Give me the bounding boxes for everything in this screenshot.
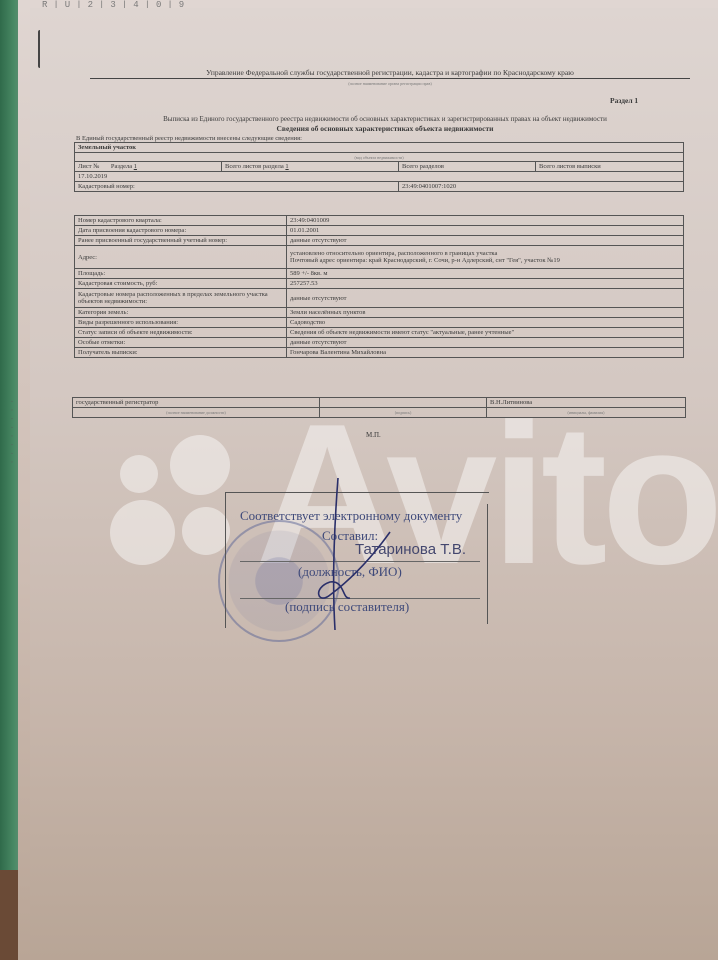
registrar-table: государственный регистратор В.Н.Литвинов…	[72, 397, 686, 418]
section-label: Раздел 1	[610, 96, 638, 105]
table-row: Категория земель:Земли населённых пункто…	[75, 308, 684, 318]
table-row: Особые отметки:данные отсутствуют	[75, 338, 684, 348]
binder-clip	[38, 30, 43, 68]
intro-text: В Единый государственный реестр недвижим…	[76, 135, 302, 142]
agency-caption: (полное наименование органа регистрации …	[90, 81, 690, 86]
seal-place: М.П.	[366, 431, 381, 439]
registrar-signature	[320, 398, 487, 408]
table-row: Ранее присвоенный государственный учетны…	[75, 236, 684, 246]
object-type: Земельный участок	[75, 143, 684, 153]
document-subtitle: Сведения об основных характеристиках объ…	[70, 124, 700, 133]
table-row: Получатель выписки:Гончарова Валентина М…	[75, 348, 684, 358]
sheet-section-cell: Лист № Раздела 1	[75, 162, 222, 172]
stamp-border	[487, 504, 488, 624]
object-type-caption: (вид объекта недвижимости)	[75, 153, 684, 162]
side-marks: · · · · · · · ·	[6, 400, 16, 820]
cadastral-number-label: Кадастровый номер:	[75, 182, 399, 192]
total-sheets-cell: Всего листов выписки	[536, 162, 684, 172]
registrar-name: В.Н.Литвинова	[487, 398, 686, 408]
handwritten-signature-icon	[290, 470, 470, 640]
cadastral-number: 23:49:0401007:1020	[399, 182, 684, 192]
object-header-table: Земельный участок (вид объекта недвижимо…	[74, 142, 684, 192]
table-row: Статус записи об объекте недвижимости:Св…	[75, 328, 684, 338]
extract-date: 17.10.2019	[75, 172, 684, 182]
table-row: Кадастровые номера расположенных в преде…	[75, 289, 684, 308]
table-row: Виды разрешенного использования:Садоводс…	[75, 318, 684, 328]
table-row: Адрес: установлено относительно ориентир…	[75, 246, 684, 269]
sheets-in-section-cell: Всего листов раздела 1	[222, 162, 399, 172]
document-title: Выписка из Единого государственного реес…	[70, 115, 700, 123]
registrar-position: государственный регистратор	[73, 398, 320, 408]
agency-name: Управление Федеральной службы государств…	[90, 68, 690, 79]
table-row: Дата присвоения кадастрового номера:01.0…	[75, 226, 684, 236]
table-row: Кадастровая стоимость, руб:257257.53	[75, 279, 684, 289]
table-row: Номер кадастрового квартала:23:49:040100…	[75, 216, 684, 226]
table-row: Площадь:589 +/- 8кв. м	[75, 269, 684, 279]
total-sections-cell: Всего разделов	[399, 162, 536, 172]
properties-table: Номер кадастрового квартала:23:49:040100…	[74, 215, 684, 358]
